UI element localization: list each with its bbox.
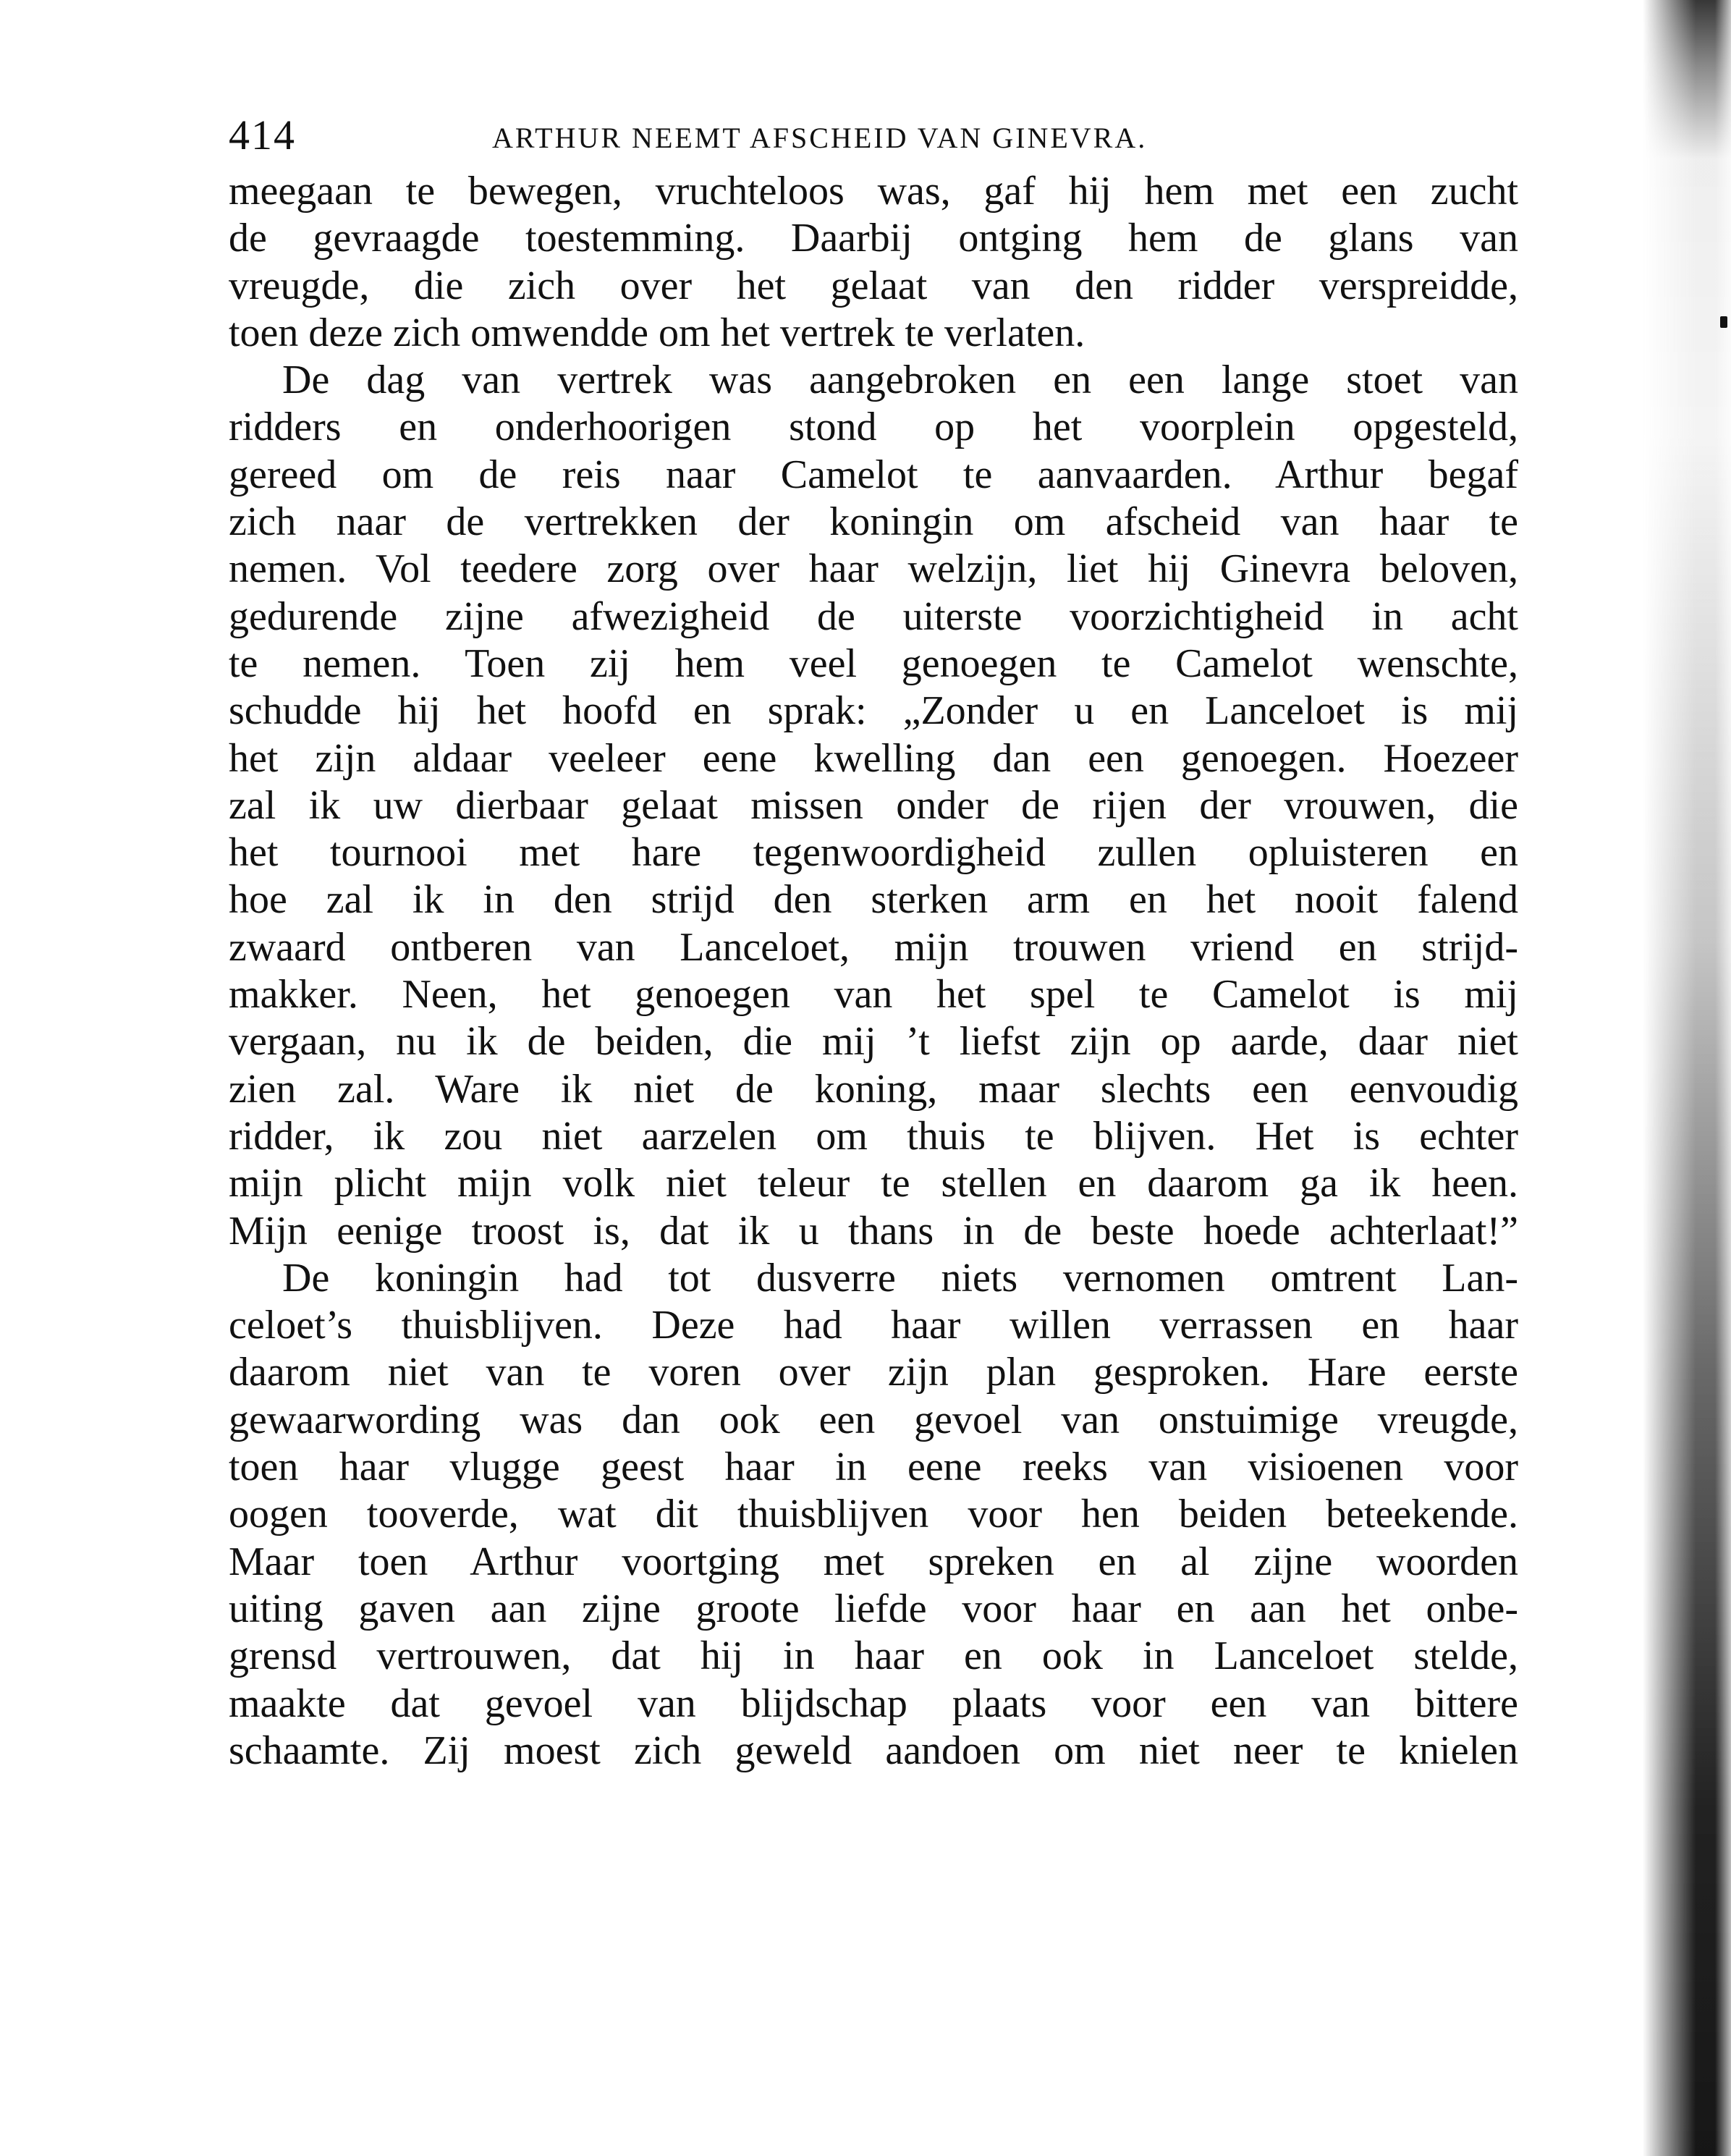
text-line: uiting gaven aan zijne groote liefde voo… [229,1586,1518,1633]
text-line: celoet’s thuisblijven. Deze had haar wil… [229,1302,1518,1349]
text-line: vergaan, nu ik de beiden, die mij ’t lie… [229,1018,1518,1065]
text-line: oogen tooverde, wat dit thuisblijven voo… [229,1491,1518,1538]
text-line: Maar toen Arthur voortging met spreken e… [229,1539,1518,1586]
text-line: gereed om de reis naar Camelot te aanvaa… [229,452,1518,499]
body-text: meegaan te bewegen, vruchteloos was, gaf… [229,168,1518,1775]
text-line: makker. Neen, het genoegen van het spel … [229,971,1518,1018]
text-line: hoe zal ik in den strijd den sterken arm… [229,876,1518,923]
paragraph-start-line: De dag van vertrek was aangebroken en ee… [229,357,1518,404]
text-line: ridders en onderhoorigen stond op het vo… [229,404,1518,451]
text-line: mijn plicht mijn volk niet teleur te ste… [229,1160,1518,1207]
scan-artifact [1720,316,1727,328]
text-line: zich naar de vertrekken der koningin om … [229,499,1518,546]
paragraph-start-line: De koningin had tot dusverre niets verno… [229,1255,1518,1302]
text-line: daarom niet van te voren over zijn plan … [229,1349,1518,1396]
scan-shadow-edge [1643,0,1731,2156]
text-line: zien zal. Ware ik niet de koning, maar s… [229,1066,1518,1113]
text-line: zwaard ontberen van Lanceloet, mijn trou… [229,924,1518,971]
text-line: het zijn aldaar veeleer eene kwelling da… [229,735,1518,782]
text-line: het tournooi met hare tegenwoordigheid z… [229,829,1518,876]
paragraph-end-line: toen deze zich omwendde om het vertrek t… [229,310,1518,357]
text-line: nemen. Vol teedere zorg over haar welzij… [229,546,1518,593]
text-line: te nemen. Toen zij hem veel genoegen te … [229,641,1518,688]
text-line: grensd vertrouwen, dat hij in haar en oo… [229,1633,1518,1680]
text-line: schaamte. Zij moest zich geweld aandoen … [229,1728,1518,1775]
running-title: ARTHUR NEEMT AFSCHEID VAN GINEVRA. [492,113,1147,164]
text-line: schudde hij het hoofd en sprak: „Zonder … [229,688,1518,735]
book-page: 414 ARTHUR NEEMT AFSCHEID VAN GINEVRA. m… [0,0,1731,2156]
page-number: 414 [229,110,296,161]
text-line: zal ik uw dierbaar gelaat missen onder d… [229,782,1518,829]
text-line: ridder, ik zou niet aarzelen om thuis te… [229,1113,1518,1160]
text-line: maakte dat gevoel van blijdschap plaats … [229,1681,1518,1728]
text-line: meegaan te bewegen, vruchteloos was, gaf… [229,168,1518,215]
paragraph-end-line: Mijn eenige troost is, dat ik u thans in… [229,1208,1518,1255]
text-line: gewaarwording was dan ook een gevoel van… [229,1397,1518,1444]
text-line: gedurende zijne afwezigheid de uiterste … [229,593,1518,641]
text-line: vreugde, die zich over het gelaat van de… [229,263,1518,310]
text-line: toen haar vlugge geest haar in eene reek… [229,1444,1518,1491]
running-head: 414 ARTHUR NEEMT AFSCHEID VAN GINEVRA. [229,110,1518,161]
text-line: de gevraagde toestemming. Daarbij ontgin… [229,215,1518,262]
